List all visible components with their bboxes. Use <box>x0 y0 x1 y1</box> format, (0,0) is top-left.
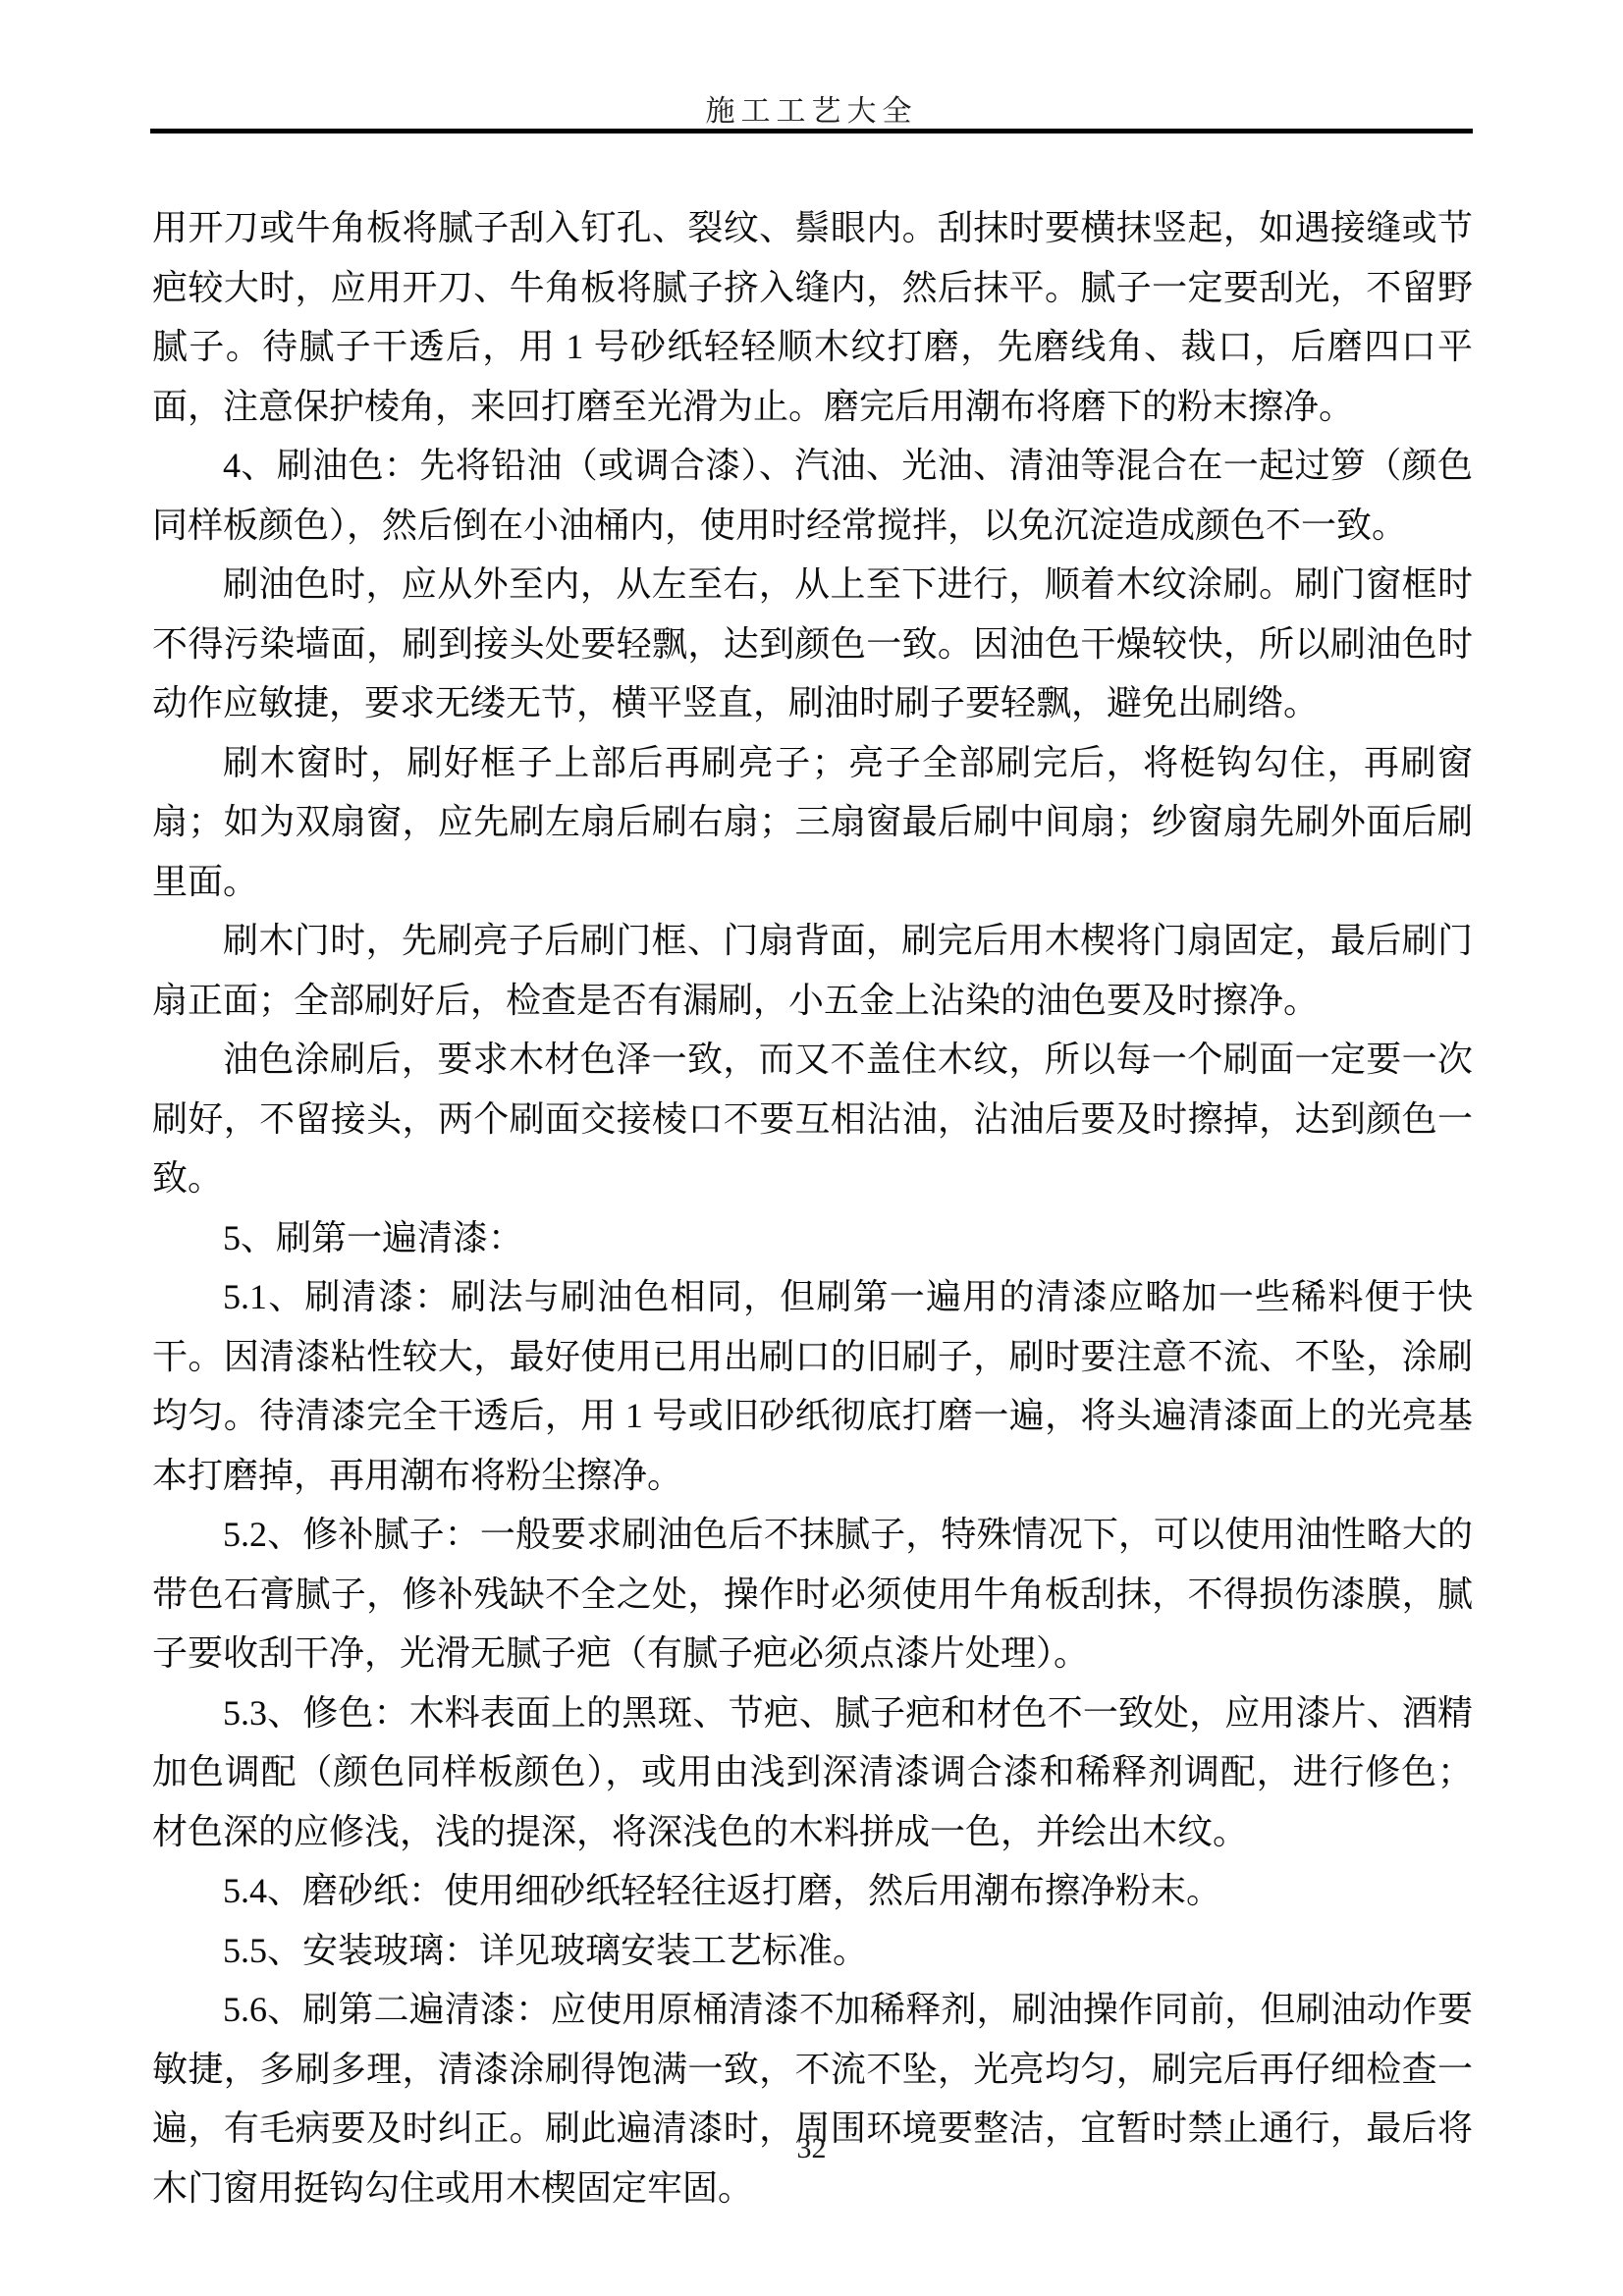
paragraph: 5.4、磨砂纸：使用细砂纸轻轻往返打磨，然后用潮布擦净粉末。 <box>152 1861 1473 1921</box>
paragraph: 5.6、刷第二遍清漆：应使用原桶清漆不加稀释剂，刷油操作同前，但刷油动作要敏捷，… <box>152 1980 1473 2217</box>
paragraph: 刷油色时，应从外至内，从左至右，从上至下进行，顺着木纹涂刷。刷门窗框时不得污染墙… <box>152 555 1473 733</box>
paragraph: 5.2、修补腻子：一般要求刷油色后不抹腻子，特殊情况下，可以使用油性略大的带色石… <box>152 1505 1473 1683</box>
document-page: 施工工艺大全 用开刀或牛角板将腻子刮入钉孔、裂纹、鬃眼内。刮抹时要横抹竖起，如遇… <box>0 0 1623 2296</box>
paragraph: 用开刀或牛角板将腻子刮入钉孔、裂纹、鬃眼内。刮抹时要横抹竖起，如遇接缝或节疤较大… <box>152 198 1473 436</box>
paragraph: 5、刷第一遍清漆： <box>152 1208 1473 1268</box>
paragraph: 5.1、刷清漆：刷法与刷油色相同，但刷第一遍用的清漆应略加一些稀料便于快干。因清… <box>152 1267 1473 1505</box>
header-divider-rule <box>150 129 1473 133</box>
paragraph: 刷木门时，先刷亮子后刷门框、门扇背面，刷完后用木楔将门扇固定，最后刷门扇正面；全… <box>152 911 1473 1030</box>
paragraph: 刷木窗时，刷好框子上部后再刷亮子；亮子全部刷完后，将梃钩勾住，再刷窗扇；如为双扇… <box>152 733 1473 912</box>
page-number: 32 <box>0 2132 1623 2165</box>
paragraph: 4、刷油色：先将铅油（或调合漆）、汽油、光油、清油等混合在一起过箩（颜色同样板颜… <box>152 436 1473 555</box>
page-header-title: 施工工艺大全 <box>0 86 1623 130</box>
paragraph: 油色涂刷后，要求木材色泽一致，而又不盖住木纹，所以每一个刷面一定要一次刷好，不留… <box>152 1030 1473 1208</box>
paragraph: 5.3、修色：木料表面上的黑斑、节疤、腻子疤和材色不一致处，应用漆片、酒精加色调… <box>152 1683 1473 1862</box>
document-body: 用开刀或牛角板将腻子刮入钉孔、裂纹、鬃眼内。刮抹时要横抹竖起，如遇接缝或节疤较大… <box>152 198 1473 2217</box>
paragraph: 5.5、安装玻璃：详见玻璃安装工艺标准。 <box>152 1921 1473 1981</box>
